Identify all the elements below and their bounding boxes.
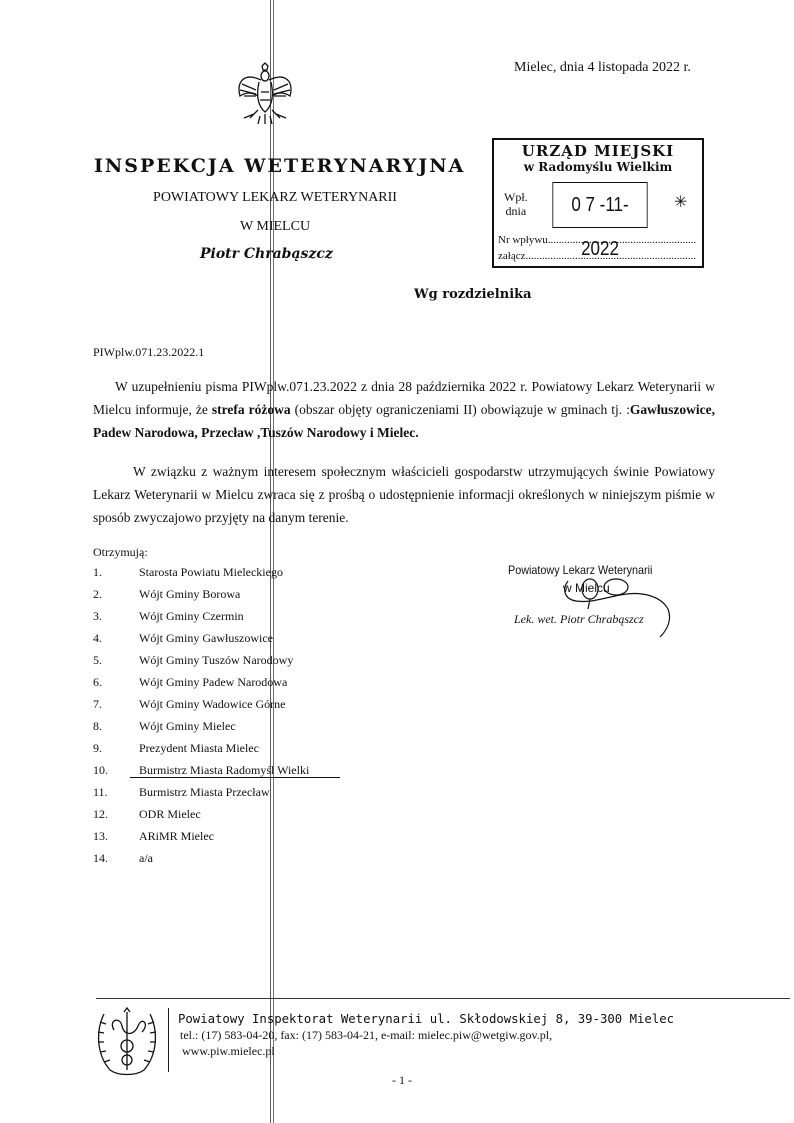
list-number: 8. bbox=[93, 719, 102, 734]
list-item: 14.a/a bbox=[93, 851, 393, 873]
stamp-label-dnia: dnia bbox=[504, 204, 528, 218]
list-number: 10. bbox=[93, 763, 108, 778]
stamp-subtitle: w Radomyślu Wielkim bbox=[494, 160, 702, 174]
list-text: Wójt Gminy Tuszów Narodowy bbox=[139, 653, 293, 668]
office-title: POWIATOWY LEKARZ WETERYNARII bbox=[70, 190, 480, 206]
pink-zone-label: strefa różowa bbox=[212, 402, 291, 417]
officer-name: Piotr Chrabąszcz bbox=[200, 246, 333, 262]
list-text: Burmistrz Miasta Przecław bbox=[139, 785, 270, 800]
list-item: 8.Wójt Gminy Mielec bbox=[93, 719, 393, 741]
paragraph-1-text-b: (obszar objęty ograniczeniami II) obowią… bbox=[291, 402, 630, 417]
list-text: Wójt Gminy Borowa bbox=[139, 587, 240, 602]
list-text: Wójt Gminy Czermin bbox=[139, 609, 244, 624]
paragraph-1: W uzupełnieniu pisma PIWplw.071.23.2022 … bbox=[93, 375, 715, 444]
list-text: Wójt Gminy Mielec bbox=[139, 719, 236, 734]
list-item: 12.ODR Mielec bbox=[93, 807, 393, 829]
list-number: 7. bbox=[93, 697, 102, 712]
list-text: a/a bbox=[139, 851, 153, 866]
footer-vertical-bar bbox=[168, 1008, 169, 1072]
caduceus-emblem-icon bbox=[94, 1006, 160, 1078]
list-number: 4. bbox=[93, 631, 102, 646]
list-number: 13. bbox=[93, 829, 108, 844]
list-item: 3.Wójt Gminy Czermin bbox=[93, 609, 393, 631]
list-text: Wójt Gminy Wadowice Górne bbox=[139, 697, 285, 712]
list-item: 9.Prezydent Miasta Mielec bbox=[93, 741, 393, 763]
list-number: 2. bbox=[93, 587, 102, 602]
stamp-inflow-number: Nr wpływu...............................… bbox=[498, 234, 696, 246]
distribution-label: Otrzymują: bbox=[93, 545, 148, 560]
list-item: 10.Burmistrz Miasta Radomyśl Wielki bbox=[93, 763, 393, 785]
list-number: 11. bbox=[93, 785, 108, 800]
footer-website: www.piw.mielec.pl bbox=[182, 1044, 275, 1059]
list-item: 1.Starosta Powiatu Mieleckiego bbox=[93, 565, 393, 587]
list-text: Prezydent Miasta Mielec bbox=[139, 741, 259, 756]
list-number: 14. bbox=[93, 851, 108, 866]
handwritten-signature-icon bbox=[560, 575, 690, 645]
list-text: Wójt Gminy Gawłuszowice bbox=[139, 631, 273, 646]
list-item: 11.Burmistrz Miasta Przecław bbox=[93, 785, 393, 807]
institution-name: INSPEKCJA WETERYNARYJNA bbox=[94, 155, 465, 177]
list-item: 4.Wójt Gminy Gawłuszowice bbox=[93, 631, 393, 653]
list-item: 2.Wójt Gminy Borowa bbox=[93, 587, 393, 609]
list-text: Burmistrz Miasta Radomyśl Wielki bbox=[139, 763, 309, 778]
stamp-received-date: 0 7 -11- 2022 bbox=[552, 182, 647, 228]
stamp-title: URZĄD MIEJSKI bbox=[494, 142, 702, 160]
paragraph-2: W związku z ważnym interesem społecznym … bbox=[93, 460, 715, 529]
list-number: 1. bbox=[93, 565, 102, 580]
list-text: Wójt Gminy Padew Narodowa bbox=[139, 675, 287, 690]
received-stamp: URZĄD MIEJSKI w Radomyślu Wielkim Wpł. d… bbox=[492, 138, 704, 268]
date-line: Mielec, dnia 4 listopada 2022 r. bbox=[514, 60, 691, 76]
list-number: 5. bbox=[93, 653, 102, 668]
stamp-label-wpl: Wpł. bbox=[504, 190, 528, 204]
paragraph-2-text: W związku z ważnym interesem społecznym … bbox=[93, 464, 715, 525]
list-number: 3. bbox=[93, 609, 102, 624]
list-number: 9. bbox=[93, 741, 102, 756]
recipient-heading: Wg rozdzielnika bbox=[414, 287, 532, 302]
footer-divider bbox=[96, 998, 790, 999]
list-item: 6.Wójt Gminy Padew Narodowa bbox=[93, 675, 393, 697]
footer-address: Powiatowy Inspektorat Weterynarii ul. Sk… bbox=[178, 1012, 674, 1026]
list-item: 13.ARiMR Mielec bbox=[93, 829, 393, 851]
stamp-attachments: załącz..................................… bbox=[498, 250, 696, 262]
list-number: 12. bbox=[93, 807, 108, 822]
list-item: 5.Wójt Gminy Tuszów Narodowy bbox=[93, 653, 393, 675]
star-icon: ✳ bbox=[674, 192, 687, 212]
list-text: Starosta Powiatu Mieleckiego bbox=[139, 565, 283, 580]
footer-contact: tel.: (17) 583-04-20, fax: (17) 583-04-2… bbox=[180, 1028, 552, 1043]
page-number: - 1 - bbox=[392, 1073, 412, 1088]
office-city: W MIELCU bbox=[70, 219, 480, 235]
reference-number: PIWplw.071.23.2022.1 bbox=[93, 345, 204, 360]
stamp-received-label: Wpł. dnia bbox=[504, 190, 528, 218]
signature-name: Lek. wet. Piotr Chrabąszcz bbox=[514, 612, 644, 627]
list-text: ARiMR Mielec bbox=[139, 829, 214, 844]
list-number: 6. bbox=[93, 675, 102, 690]
highlight-underline bbox=[130, 777, 340, 778]
polish-eagle-icon bbox=[232, 62, 298, 126]
list-item: 7.Wójt Gminy Wadowice Górne bbox=[93, 697, 393, 719]
list-text: ODR Mielec bbox=[139, 807, 201, 822]
